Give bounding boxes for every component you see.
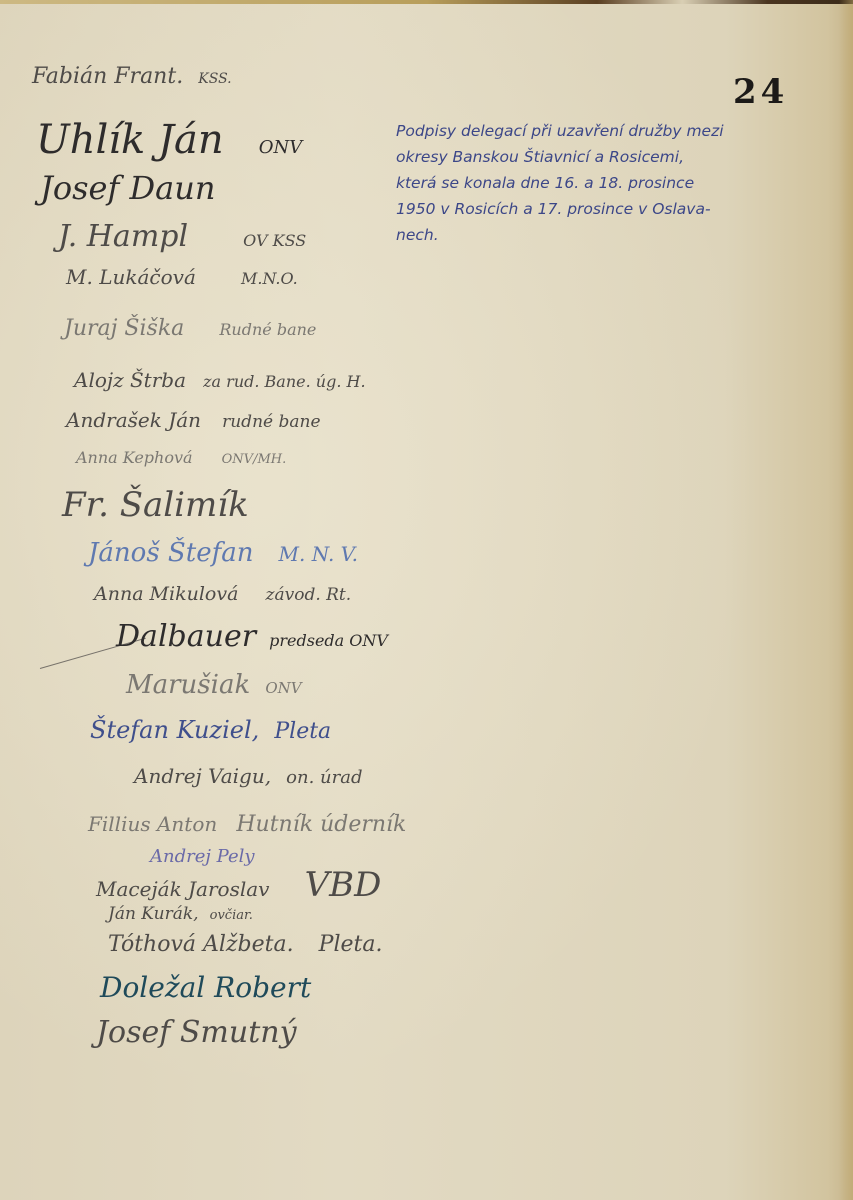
signature-entry: Andrej Vaigu, on. úrad	[134, 766, 362, 787]
signature-entry: J. Hampl OV KSS	[58, 222, 306, 252]
signature-name: Tóthová Alžbeta.	[108, 932, 294, 957]
signature-affiliation: ONV	[265, 679, 301, 697]
signature-name: Jánoš Štefan	[88, 538, 253, 568]
signature-affiliation: Pleta	[274, 719, 331, 744]
signature-name: Alojz Štrba	[74, 368, 186, 392]
signature-entry: Fr. Šalimík	[62, 488, 249, 522]
signature-entry: Jánoš Štefan M. N. V.	[88, 540, 358, 566]
signature-name: Andrej Vaigu,	[134, 764, 271, 788]
page-right-edge-shadow	[839, 0, 853, 1200]
signature-affiliation: Pleta.	[319, 932, 383, 957]
signature-entry: Alojz Štrba za rud. Bane. úg. H.	[74, 370, 366, 390]
signature-name: Doležal Robert	[100, 971, 311, 1004]
signature-name: M. Lukáčová	[66, 265, 196, 289]
signature-name: Fr. Šalimík	[62, 485, 249, 525]
signature-entry: Josef Smutný	[96, 1018, 297, 1048]
document-caption: Podpisy delegací při uzavření družby mez…	[396, 118, 836, 248]
signature-entry: Fillius Anton Hutník úderník	[88, 814, 406, 836]
caption-line: okresy Banskou Štiavnicí a Rosicemi,	[396, 144, 836, 170]
archival-page: 24 Podpisy delegací při uzavření družby …	[0, 0, 853, 1200]
signature-entry: Tóthová Alžbeta. Pleta.	[108, 934, 382, 956]
signature-affiliation: OV KSS	[243, 231, 306, 250]
signature-name: Ján Kurák,	[108, 904, 199, 924]
signature-entry: Ján Kurák, ovčiar.	[108, 906, 253, 923]
signature-affiliation: za rud. Bane. úg. H.	[203, 372, 365, 391]
signature-entry: Anna Mikulová závod. Rt.	[94, 585, 351, 604]
signature-affiliation: VBD	[305, 865, 382, 905]
signature-entry: Uhlík Ján ONV	[36, 120, 302, 160]
caption-line: která se konala dne 16. a 18. prosince	[396, 170, 836, 196]
caption-line: Podpisy delegací při uzavření družby mez…	[396, 118, 836, 144]
signature-affiliation: ovčiar.	[210, 908, 253, 923]
caption-line: 1950 v Rosicích a 17. prosince v Oslava-	[396, 196, 836, 222]
signature-name: Andrašek Ján	[66, 408, 201, 432]
signature-name: Josef Daun	[40, 169, 215, 207]
signature-affiliation: závod. Rt.	[266, 585, 352, 605]
signature-name: J. Hampl	[58, 219, 188, 254]
signature-affiliation: on. úrad	[286, 767, 362, 788]
signature-name: Juraj Šiška	[64, 316, 184, 341]
signature-affiliation: rudné bane	[222, 412, 320, 432]
signature-name: Anna Kephová	[76, 448, 193, 467]
signature-affiliation: ONV	[259, 137, 303, 158]
signature-entry: Andrašek Ján rudné bane	[66, 410, 321, 431]
signature-name: Marušiak	[126, 670, 250, 700]
signature-name: Andrej Pely	[150, 846, 255, 867]
signature-name: Anna Mikulová	[94, 583, 238, 605]
signature-entry: M. Lukáčová M.N.O.	[66, 267, 298, 287]
signature-entry: Anna Kephová ONV/MH.	[76, 450, 286, 466]
page-number: 24	[733, 72, 788, 112]
signature-entry: Marušiak ONV	[126, 672, 302, 698]
signature-affiliation: KSS.	[198, 71, 231, 87]
page-top-edge	[0, 0, 853, 4]
signature-affiliation: predseda ONV	[269, 631, 388, 650]
signature-entry: Juraj Šiška Rudné bane	[64, 318, 316, 340]
signature-entry: Maceják Jaroslav VBD	[96, 868, 381, 902]
signature-entry: Fabián Frant. KSS.	[32, 66, 232, 88]
signature-name: Dalbauer	[116, 619, 256, 654]
caption-line: nech.	[396, 222, 836, 248]
signature-affiliation: Rudné bane	[219, 320, 316, 339]
signature-name: Josef Smutný	[96, 1015, 297, 1050]
signature-affiliation: M.N.O.	[241, 269, 298, 288]
signature-entry: Doležal Robert	[100, 974, 311, 1002]
signature-name: Maceják Jaroslav	[96, 877, 269, 901]
signature-affiliation: M. N. V.	[279, 542, 358, 566]
signature-name: Štefan Kuziel,	[90, 716, 259, 744]
signature-entry: Štefan Kuziel, Pleta	[90, 718, 331, 743]
signature-name: Uhlík Ján	[36, 117, 224, 163]
signature-entry: Andrej Pely	[150, 848, 255, 866]
signature-affiliation: ONV/MH.	[222, 452, 287, 467]
signature-name: Fabián Frant.	[32, 64, 183, 89]
signature-affiliation: Hutník úderník	[236, 812, 406, 837]
signature-name: Fillius Anton	[88, 812, 217, 836]
signature-entry: Dalbauer predseda ONV	[116, 622, 388, 652]
signature-entry: Josef Daun	[40, 172, 215, 204]
